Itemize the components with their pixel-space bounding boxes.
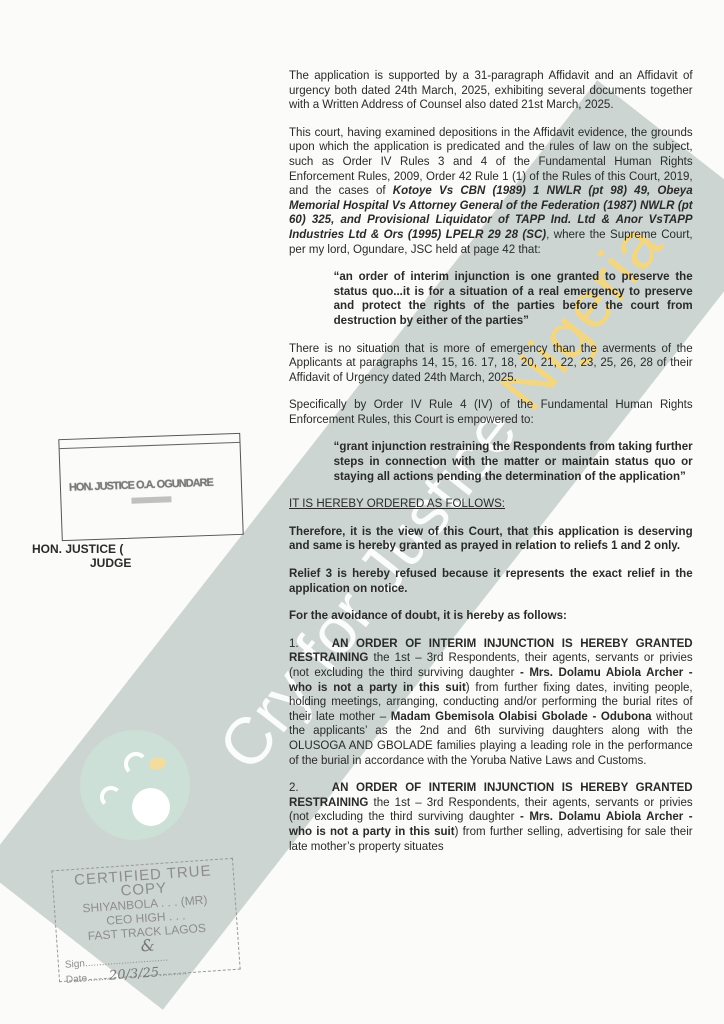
certified-true-copy-stamp: CERTIFIED TRUE COPY SHIYANBOLA . . . (MR… (51, 858, 240, 982)
document-page: Cry for Justice Nigeria HON. JUSTICE O.A… (0, 0, 724, 1024)
judge-signature-block: HON. JUSTICE ( JUDGE (32, 542, 131, 570)
order-2: 2.AN ORDER OF INTERIM INJUNCTION IS HERE… (289, 780, 693, 853)
quote-order-iv: “grant injunction restraining the Respon… (334, 439, 693, 483)
paragraph-relief-3-refused: Relief 3 is hereby refused because it re… (289, 566, 693, 595)
judge-stamp: HON. JUSTICE O.A. OGUNDARE (58, 433, 243, 541)
order-1: 1.AN ORDER OF INTERIM INJUNCTION IS HERE… (289, 636, 693, 767)
paragraph-court-examination: This court, having examined depositions … (289, 125, 693, 256)
judge-stamp-text: HON. JUSTICE O.A. OGUNDARE (69, 476, 235, 494)
paragraph-avoidance-of-doubt: For the avoidance of doubt, it is hereby… (289, 608, 693, 623)
judge-title: HON. JUSTICE ( (32, 542, 123, 556)
watermark-logo-icon (80, 730, 190, 840)
paragraph-emergency: There is no situation that is more of em… (289, 341, 693, 385)
judge-role: JUDGE (32, 556, 131, 570)
ruling-body: The application is supported by a 31-par… (289, 68, 693, 866)
orders-heading: IT IS HEREBY ORDERED AS FOLLOWS: (289, 496, 693, 511)
paragraph-application: The application is supported by a 31-par… (289, 68, 693, 112)
paragraph-order-iv: Specifically by Order IV Rule 4 (IV) of … (289, 397, 693, 426)
quote-supreme-court: “an order of interim injunction is one g… (334, 269, 693, 327)
paragraph-granted: Therefore, it is the view of this Court,… (289, 524, 693, 553)
